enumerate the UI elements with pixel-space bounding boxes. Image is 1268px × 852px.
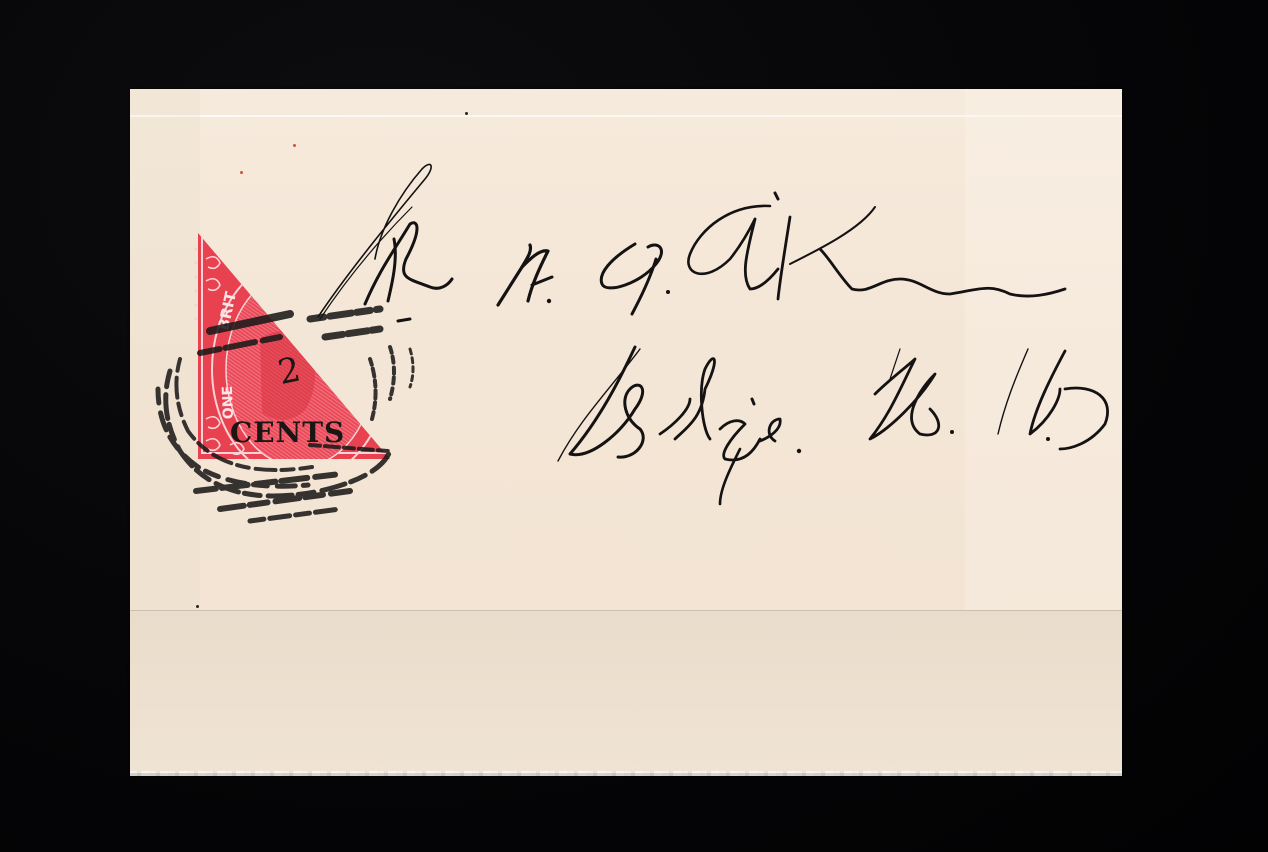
deckle-edge — [130, 771, 1122, 776]
bisected-stamp-with-cancel: BRIT ONE 2 CENTS — [140, 219, 440, 539]
paper-speck — [240, 171, 243, 174]
stamp-value-text: ONE — [220, 386, 237, 420]
paper-speck — [293, 144, 296, 147]
paper-speck — [465, 112, 468, 115]
postal-cover: BRIT ONE 2 CENTS — [130, 89, 1122, 773]
lower-fold-flap — [130, 610, 1122, 773]
overprint-cents: CENTS — [230, 416, 345, 449]
stamp-area: BRIT ONE 2 CENTS — [140, 219, 440, 539]
paper-speck — [196, 605, 199, 608]
